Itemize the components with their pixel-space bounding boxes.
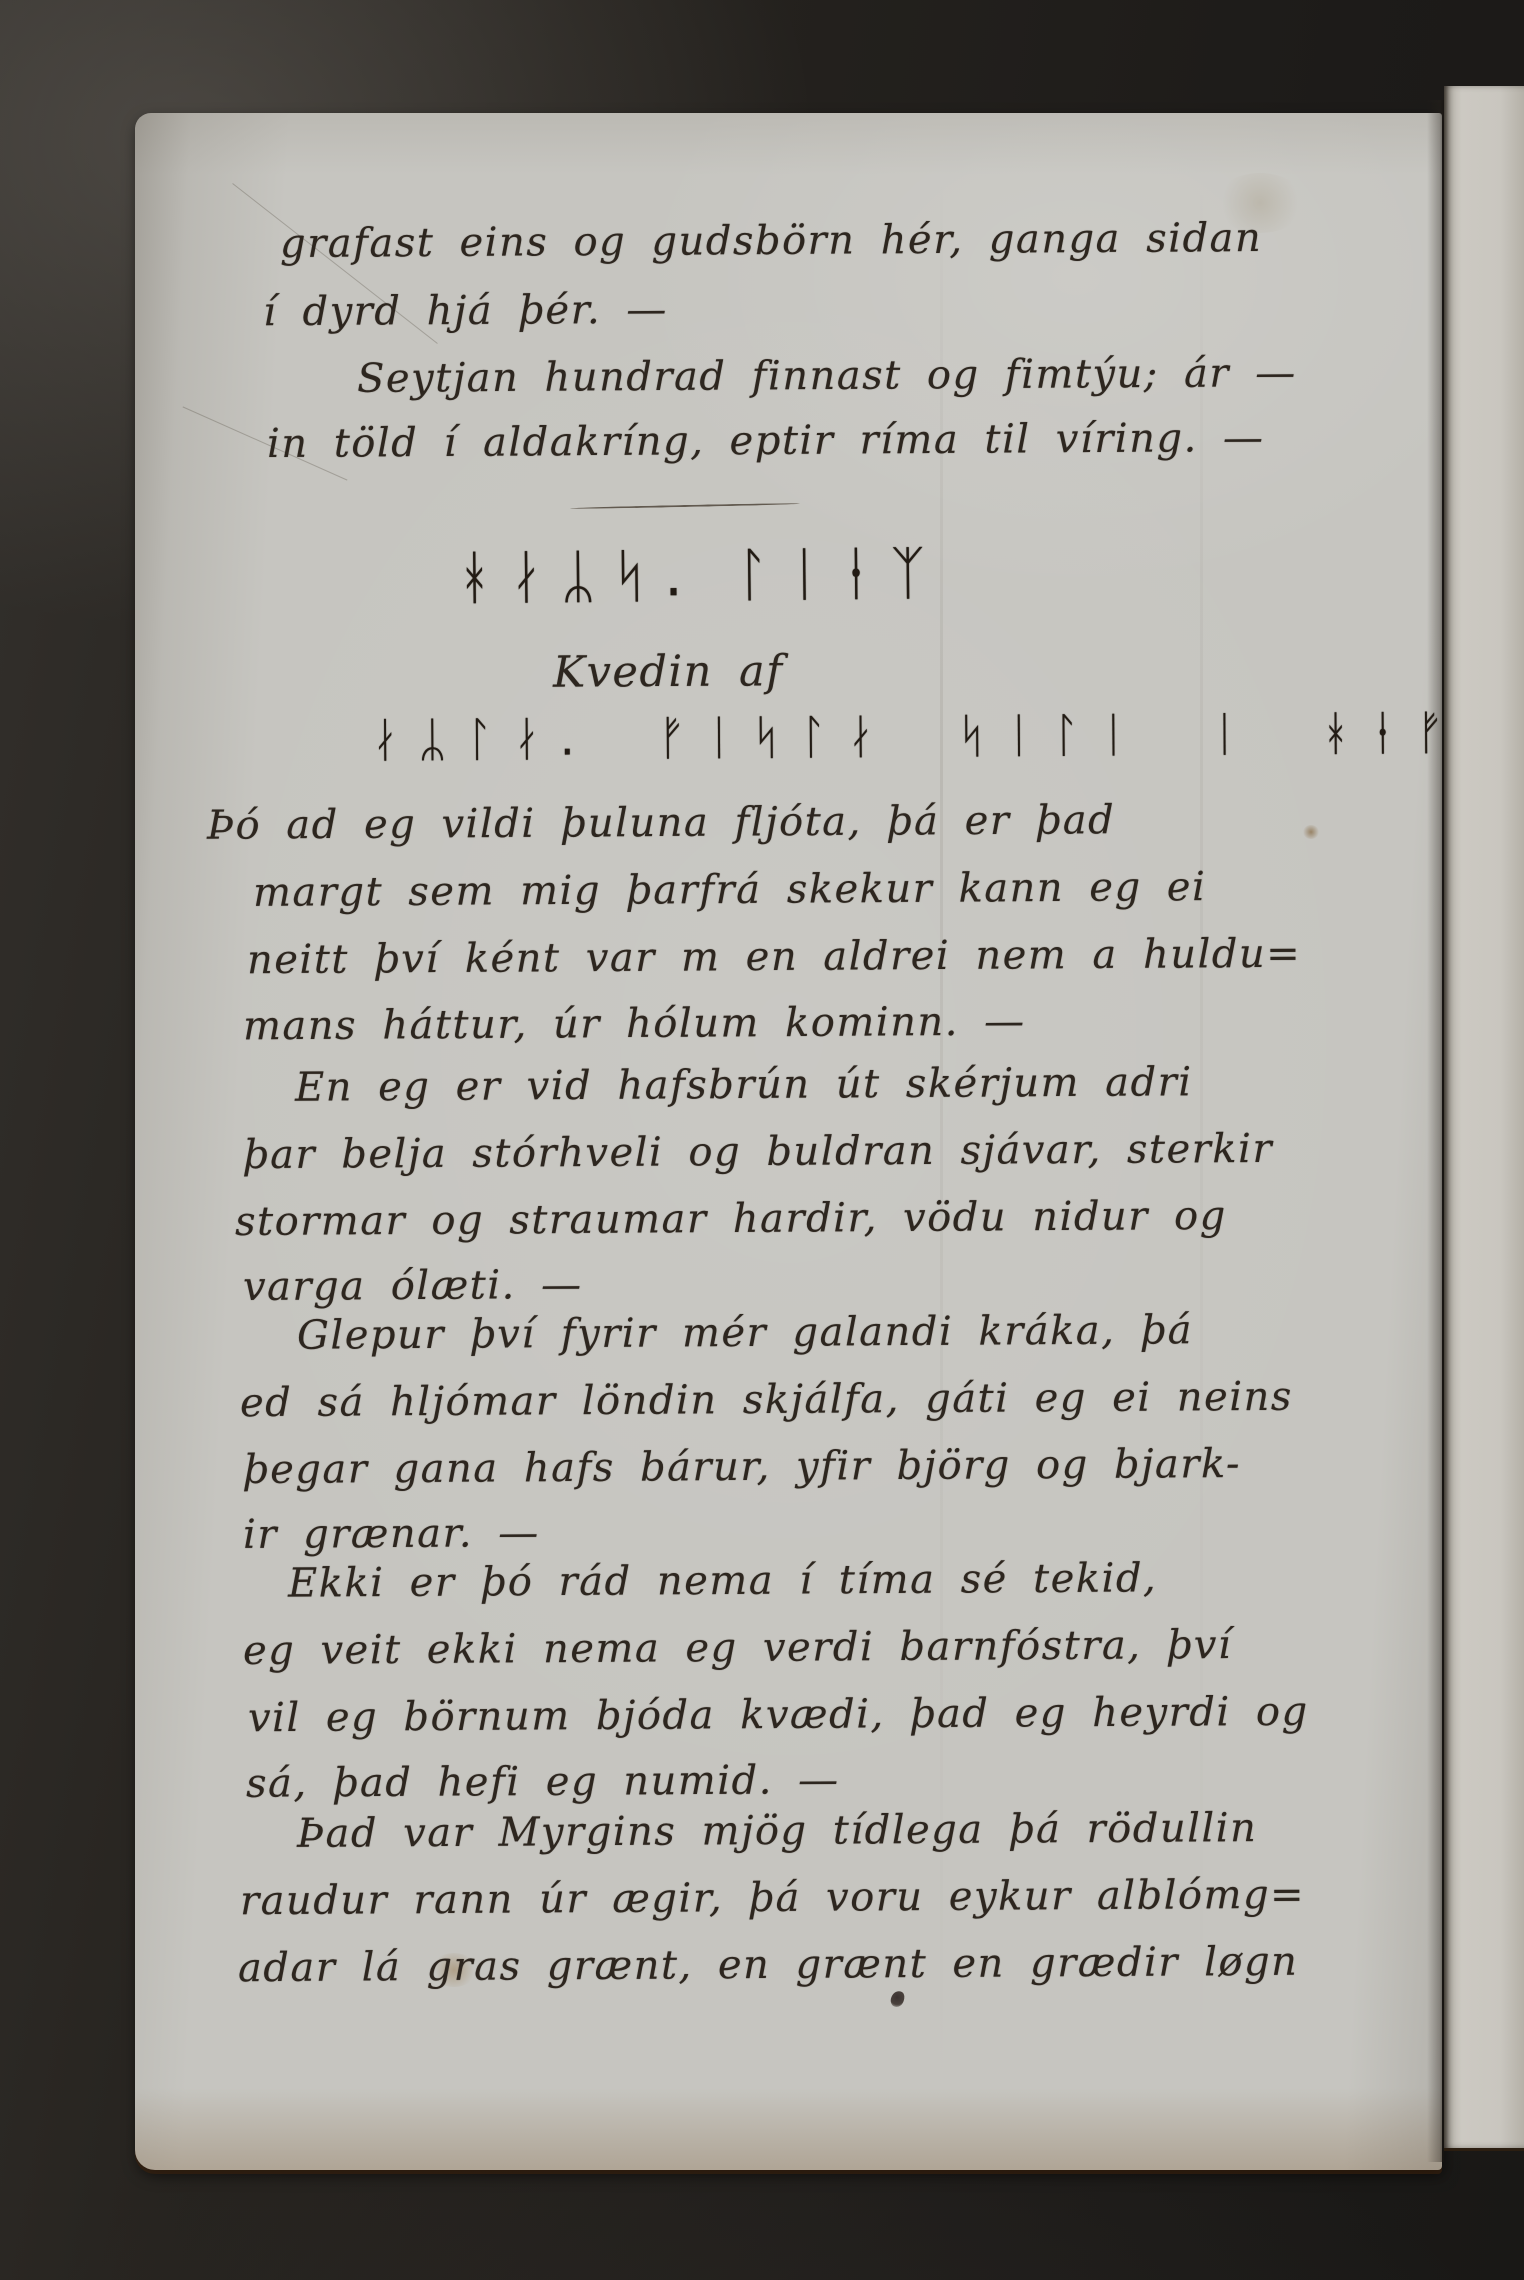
manuscript-line: Þad var Myrgins mjög tídlega þá rödullin (297, 1808, 1258, 1854)
manuscript-line: eg veit ekki nema eg verdi barnfóstra, þ… (243, 1625, 1232, 1671)
manuscript-line: sá, þad hefi eg numid. — (246, 1760, 840, 1804)
manuscript-line: Þó ad eg vildi þuluna fljóta, þá er þad (207, 800, 1115, 846)
manuscript-line: mans háttur, úr hólum kominn. — (243, 1002, 1026, 1047)
binding-crease (1427, 100, 1444, 2162)
manuscript-line: þegar gana hafs bárur, yfir björg og bja… (243, 1444, 1241, 1490)
manuscript-line: ir grænar. — (243, 1513, 540, 1555)
manuscript-line: neitt því ként var m en aldrei nem a hul… (247, 934, 1301, 980)
manuscript-line: in töld í aldakríng, eptir ríma til víri… (267, 418, 1265, 464)
separator-flourish (570, 503, 800, 510)
adjacent-page-edge (1444, 86, 1524, 2148)
manuscript-line: grafast eins og gudsbörn hér, ganga sida… (280, 218, 1262, 264)
manuscript-line: Seytjan hundrad finnast og fimtýu; ár — (357, 353, 1297, 399)
manuscript-line: raudur rann úr ægir, þá voru eykur albló… (240, 1875, 1305, 1922)
manuscript-line: margt sem mig þarfrá skekur kann eg ei (253, 867, 1207, 913)
ink-blot (889, 1990, 905, 2008)
manuscript-line: í dyrd hjá þér. — (263, 290, 668, 332)
manuscript-line: þar belja stórhveli og buldran sjávar, s… (243, 1129, 1273, 1175)
manuscript-line: ed sá hljómar löndin skjálfa, gáti eg ei… (240, 1377, 1293, 1423)
manuscript-page: grafast eins og gudsbörn hér, ganga sida… (135, 113, 1442, 2170)
manuscript-photo: { "colors": { "backdrop": "#232120", "pa… (0, 0, 1524, 2280)
manuscript-line: Glepur því fyrir mér galandi kráka, þá (297, 1310, 1193, 1355)
paper-stain (1303, 825, 1319, 839)
manuscript-line: Ekki er þó rád nema í tíma sé tekid, (288, 1558, 1157, 1603)
runic-title: ᚼᛅᛦᛋ. ᛚᛁᚽᛉ (457, 538, 943, 611)
manuscript-line: vil eg börnum bjóda kvædi, þad eg heyrdi… (248, 1692, 1309, 1738)
manuscript-line: varga ólæti. — (243, 1265, 583, 1307)
manuscript-line: En eg er vid hafsbrún út skérjum adri (295, 1062, 1193, 1107)
manuscript-line: stormar og straumar hardir, vödu nidur o… (235, 1196, 1227, 1242)
runic-author-line: ᛅᛦᛚᛅ. ᚠᛁᛋᛚᛅ ᛋᛁᛚᛁ ᛁ ᚼᚽᚠᛦ (371, 705, 1511, 768)
byline: Kvedin af (553, 650, 784, 694)
manuscript-line: adar lá gras grænt, en grænt en grædir l… (238, 1942, 1299, 1988)
